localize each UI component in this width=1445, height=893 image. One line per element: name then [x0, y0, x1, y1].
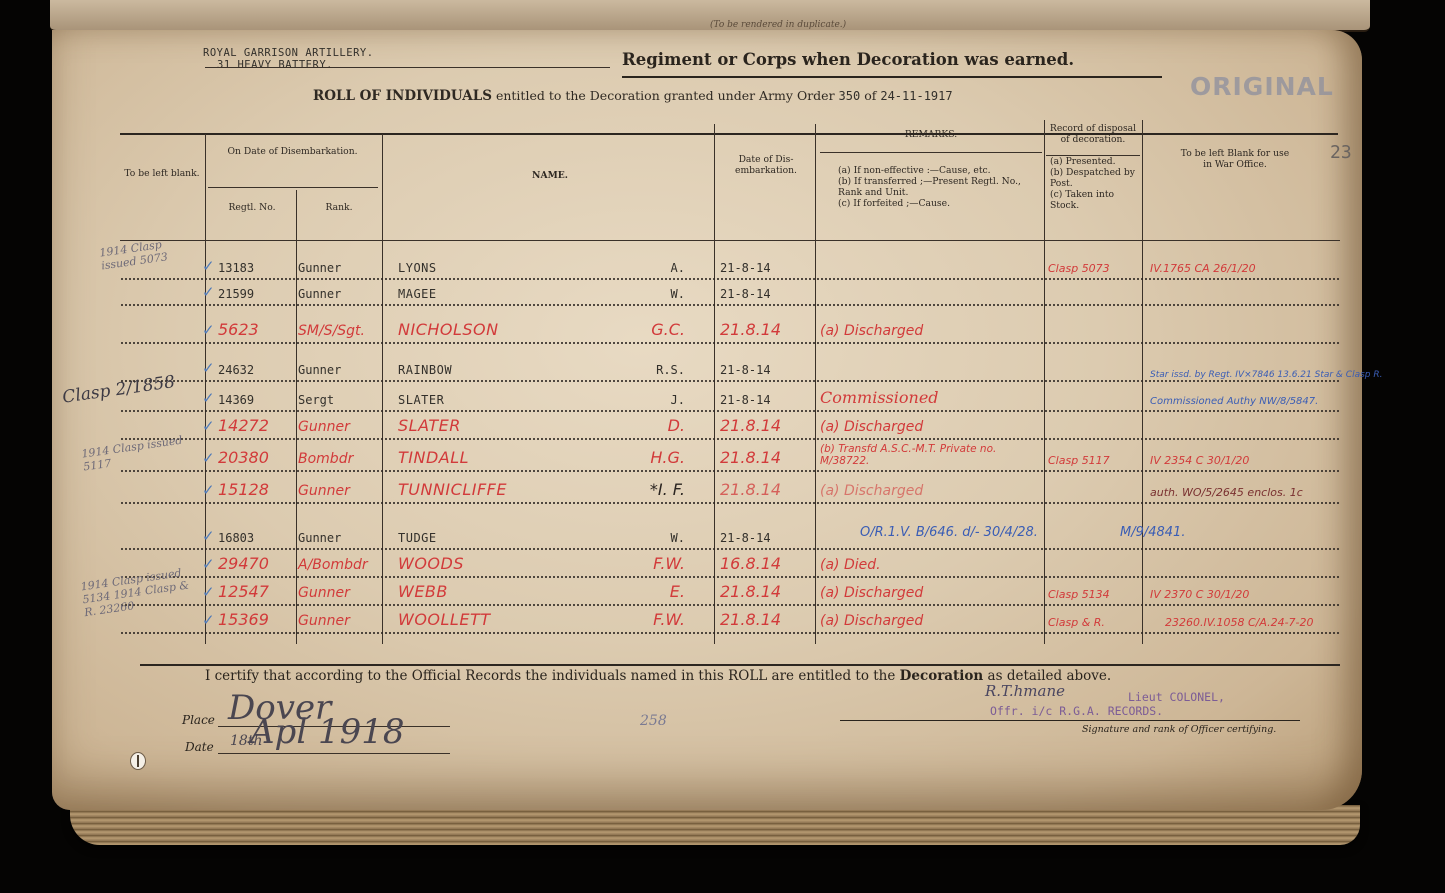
war-office-note: IV 2354 C 30/1/20: [1150, 454, 1249, 467]
regtl-no: 13183: [218, 261, 254, 275]
disembark-date: 21-8-14: [720, 261, 771, 275]
roll-title: ROLL OF INDIVIDUALS entitled to the Deco…: [313, 88, 953, 104]
check-mark-icon: ✓: [202, 359, 215, 377]
initials: *I. F.: [585, 480, 685, 499]
regtl-no: 14369: [218, 393, 254, 407]
disembark-date: 21-8-14: [720, 531, 771, 545]
table-row: ✓ 15369 Gunner WOOLLETT F.W. 21.8.14 (a)…: [120, 608, 1340, 634]
rank: A/Bombdr: [298, 557, 368, 573]
surname: TUDGE: [398, 531, 437, 545]
disembark-date: 21-8-14: [720, 287, 771, 301]
table-row: ✓ 14369 Sergt SLATER J. 21-8-14 Commissi…: [120, 386, 1340, 412]
surname: WEBB: [398, 582, 448, 601]
original-stamp: ORIGINAL: [1190, 72, 1334, 101]
dotted-rule: [120, 304, 1340, 306]
regtl-no: 5623: [218, 320, 259, 339]
remarks: O/R.1.V. B/646. d/- 30/4/28.: [860, 525, 1038, 540]
header-regtl-no: Regtl. No.: [212, 202, 292, 213]
remarks-option-c: (c) If forfeited ;—Cause.: [838, 198, 1038, 209]
table-row: ✓ 12547 Gunner WEBB E. 21.8.14 (a) Disch…: [120, 580, 1340, 606]
war-office-note: IV.1765 CA 26/1/20: [1150, 262, 1256, 275]
roll-title-lead: ROLL OF INDIVIDUALS: [313, 88, 492, 104]
dotted-rule: [120, 548, 1340, 550]
remarks: (a) Discharged: [820, 323, 923, 339]
header-disposal-options: (a) Presented. (b) Despatched by Post. (…: [1050, 156, 1142, 211]
check-mark-icon: ✓: [202, 257, 215, 275]
check-mark-icon: ✓: [202, 417, 215, 435]
dotted-rule: [120, 576, 1340, 578]
dotted-rule: [120, 470, 1340, 472]
initials: W.: [585, 287, 685, 301]
disposal-option-a: (a) Presented.: [1050, 156, 1142, 167]
initials: G.C.: [585, 320, 685, 339]
header-on-date: On Date of Disembarkation.: [210, 146, 375, 157]
table-row: ✓ 20380 Bombdr TINDALL H.G. 21.8.14 (b) …: [120, 446, 1340, 472]
table-bottom-rule: [140, 664, 1340, 666]
surname: RAINBOW: [398, 363, 452, 377]
remarks: (a) Discharged: [820, 483, 923, 499]
surname: SLATER: [398, 393, 444, 407]
war-office-note: Commissioned Authy NW/8/5847.: [1150, 396, 1318, 407]
remarks: (a) Died.: [820, 557, 881, 573]
roll-title-of: of: [864, 88, 876, 103]
regiment-line-2: 31 HEAVY BATTERY.: [203, 59, 374, 71]
table-row: ✓ 13183 Gunner LYONS A. 21-8-14 Clasp 50…: [120, 254, 1340, 280]
initials: D.: [585, 416, 685, 435]
remarks: (a) Discharged: [820, 585, 923, 601]
dotted-rule: [120, 438, 1340, 440]
remarks-option-b: (b) If transferred ;—Present Regtl. No.,…: [838, 176, 1038, 198]
disembark-date: 21.8.14: [720, 416, 781, 435]
regtl-no: 12547: [218, 582, 269, 601]
surname: TUNNICLIFFE: [398, 480, 507, 499]
header-date-disembark: Date of Dis- embarkation.: [722, 154, 810, 176]
signatory-office: Offr. i/c R.G.A. RECORDS.: [990, 704, 1163, 718]
initials: J.: [585, 393, 685, 407]
rank: Sergt: [298, 393, 334, 407]
date-value: Apl 1918: [250, 712, 405, 752]
table-row: ✓ 14272 Gunner SLATER D. 21.8.14 (a) Dis…: [120, 414, 1340, 440]
remarks: Commissioned: [820, 388, 939, 407]
dotted-rule: [120, 502, 1340, 504]
check-mark-icon: ✓: [202, 481, 215, 499]
binding-hole: [130, 752, 146, 770]
regtl-no: 15128: [218, 480, 269, 499]
check-mark-icon: ✓: [202, 583, 215, 601]
header-remarks: REMARKS.: [820, 129, 1042, 140]
table-row: ✓ 15128 Gunner TUNNICLIFFE *I. F. 21.8.1…: [120, 478, 1340, 504]
header-rank: Rank.: [300, 202, 378, 213]
check-mark-icon: ✓: [202, 389, 215, 407]
rank: SM/S/Sgt.: [298, 323, 365, 339]
surname: WOOLLETT: [398, 610, 491, 629]
regtl-no: 16803: [218, 531, 254, 545]
surname: SLATER: [398, 416, 461, 435]
war-office-note: IV 2370 C 30/1/20: [1150, 588, 1249, 601]
regtl-no: 21599: [218, 287, 254, 301]
war-office-note: auth. WO/5/2645 enclos. 1c: [1150, 486, 1303, 499]
pencil-number: 258: [640, 713, 667, 729]
remarks-option-a: (a) If non-effective :—Cause, etc.: [838, 165, 1038, 176]
rank: Gunner: [298, 613, 350, 629]
header-disposal: Record of disposal of decoration.: [1046, 123, 1140, 145]
check-mark-icon: ✓: [202, 283, 215, 301]
rank: Gunner: [298, 585, 350, 601]
regtl-no: 14272: [218, 416, 269, 435]
table-row: ✓ 24632 Gunner RAINBOW R.S. 21-8-14 Star…: [120, 356, 1340, 382]
rank: Gunner: [298, 261, 341, 275]
disembark-date: 21.8.14: [720, 480, 781, 499]
initials: A.: [585, 261, 685, 275]
header-subrule: [820, 152, 1042, 153]
regtl-no: 15369: [218, 610, 269, 629]
regtl-no: 29470: [218, 554, 269, 573]
duplicate-note: (To be rendered in duplicate.): [710, 20, 846, 30]
rank: Gunner: [298, 419, 350, 435]
table-row: ✓ 5623 SM/S/Sgt. NICHOLSON G.C. 21.8.14 …: [120, 318, 1340, 344]
page-number: 23: [1330, 142, 1352, 163]
remarks: (b) Transfd A.S.C.-M.T. Private no. M/38…: [820, 443, 1040, 467]
header-subrule: [208, 187, 378, 188]
regtl-no: 24632: [218, 363, 254, 377]
signatory-rank: Lieut COLONEL,: [1128, 690, 1225, 704]
rank: Gunner: [298, 483, 350, 499]
book-page-edges: [70, 805, 1360, 845]
disposal: Clasp 5073: [1048, 262, 1110, 275]
disembark-date: 16.8.14: [720, 554, 781, 573]
army-order-number: 350: [839, 89, 861, 103]
check-mark-icon: ✓: [202, 527, 215, 545]
header-blank: To be left blank.: [122, 168, 202, 179]
header-war-office: To be left Blank for use in War Office.: [1180, 148, 1290, 170]
disembark-date: 21-8-14: [720, 393, 771, 407]
rank: Gunner: [298, 531, 341, 545]
regtl-no: 20380: [218, 448, 269, 467]
disposal: Clasp & R.: [1048, 616, 1105, 629]
signature-caption: Signature and rank of Officer certifying…: [1082, 724, 1276, 735]
disembark-date: 21.8.14: [720, 448, 781, 467]
disembark-date: 21.8.14: [720, 610, 781, 629]
initials: F.W.: [585, 610, 685, 629]
disposal-option-b: (b) Despatched by Post.: [1050, 167, 1142, 189]
war-office-note: 23260.IV.1058 C/A.24-7-20: [1165, 616, 1314, 629]
regiment-underline: [205, 67, 610, 68]
surname: WOODS: [398, 554, 464, 573]
date-label: Date: [185, 740, 214, 754]
certify-bold: Decoration: [900, 668, 984, 684]
surname: NICHOLSON: [398, 320, 499, 339]
remarks: (a) Discharged: [820, 613, 923, 629]
date-line: [218, 753, 450, 754]
initials: F.W.: [585, 554, 685, 573]
war-office-note: M/9/4841.: [1120, 525, 1185, 540]
check-mark-icon: ✓: [202, 555, 215, 573]
disposal: Clasp 5134: [1048, 588, 1110, 601]
dotted-rule: [120, 380, 1340, 382]
disembark-date: 21-8-14: [720, 363, 771, 377]
header-name: NAME.: [390, 170, 710, 181]
header-bottom-rule: [120, 240, 1340, 241]
corps-underline: [622, 76, 1162, 78]
surname: MAGEE: [398, 287, 437, 301]
disposal-option-c: (c) Taken into Stock.: [1050, 189, 1142, 211]
surname: TINDALL: [398, 448, 469, 467]
remarks: (a) Discharged: [820, 419, 923, 435]
army-order-date: 24-11-1917: [880, 89, 952, 103]
regiment-line-1: ROYAL GARRISON ARTILLERY.: [203, 47, 374, 59]
disposal: Clasp 5117: [1048, 454, 1110, 467]
initials: R.S.: [585, 363, 685, 377]
table-row: ✓ 21599 Gunner MAGEE W. 21-8-14: [120, 280, 1340, 306]
initials: H.G.: [585, 448, 685, 467]
roll-title-middle: entitled to the Decoration granted under…: [496, 88, 835, 103]
surname: LYONS: [398, 261, 437, 275]
dotted-rule: [120, 342, 1340, 344]
previous-page-edge: (To be rendered in duplicate.): [50, 0, 1370, 32]
table-row: ✓ 16803 Gunner TUDGE W. 21-8-14 O/R.1.V.…: [120, 524, 1340, 550]
check-mark-icon: ✓: [202, 611, 215, 629]
certification-text: I certify that according to the Official…: [205, 668, 1111, 684]
place-label: Place: [182, 713, 215, 727]
disembark-date: 21.8.14: [720, 582, 781, 601]
header-remarks-options: (a) If non-effective :—Cause, etc. (b) I…: [838, 165, 1038, 209]
officer-signature: R.T.hmane: [985, 682, 1065, 700]
initials: E.: [585, 582, 685, 601]
rank: Bombdr: [298, 451, 353, 467]
initials: W.: [585, 531, 685, 545]
table-top-rule: [120, 133, 1338, 135]
war-office-note: Star issd. by Regt. IV×7846 13.6.21 Star…: [1150, 370, 1383, 380]
check-mark-icon: ✓: [202, 321, 215, 339]
dotted-rule: [120, 632, 1340, 634]
dotted-rule: [120, 410, 1340, 412]
dotted-rule: [120, 604, 1340, 606]
disembark-date: 21.8.14: [720, 320, 781, 339]
table-row: ✓ 29470 A/Bombdr WOODS F.W. 16.8.14 (a) …: [120, 552, 1340, 578]
signature-line: [840, 720, 1300, 721]
rank: Gunner: [298, 363, 341, 377]
certify-text-1: I certify that according to the Official…: [205, 668, 895, 684]
rank: Gunner: [298, 287, 341, 301]
corps-heading: Regiment or Corps when Decoration was ea…: [622, 50, 1074, 69]
check-mark-icon: ✓: [202, 449, 215, 467]
